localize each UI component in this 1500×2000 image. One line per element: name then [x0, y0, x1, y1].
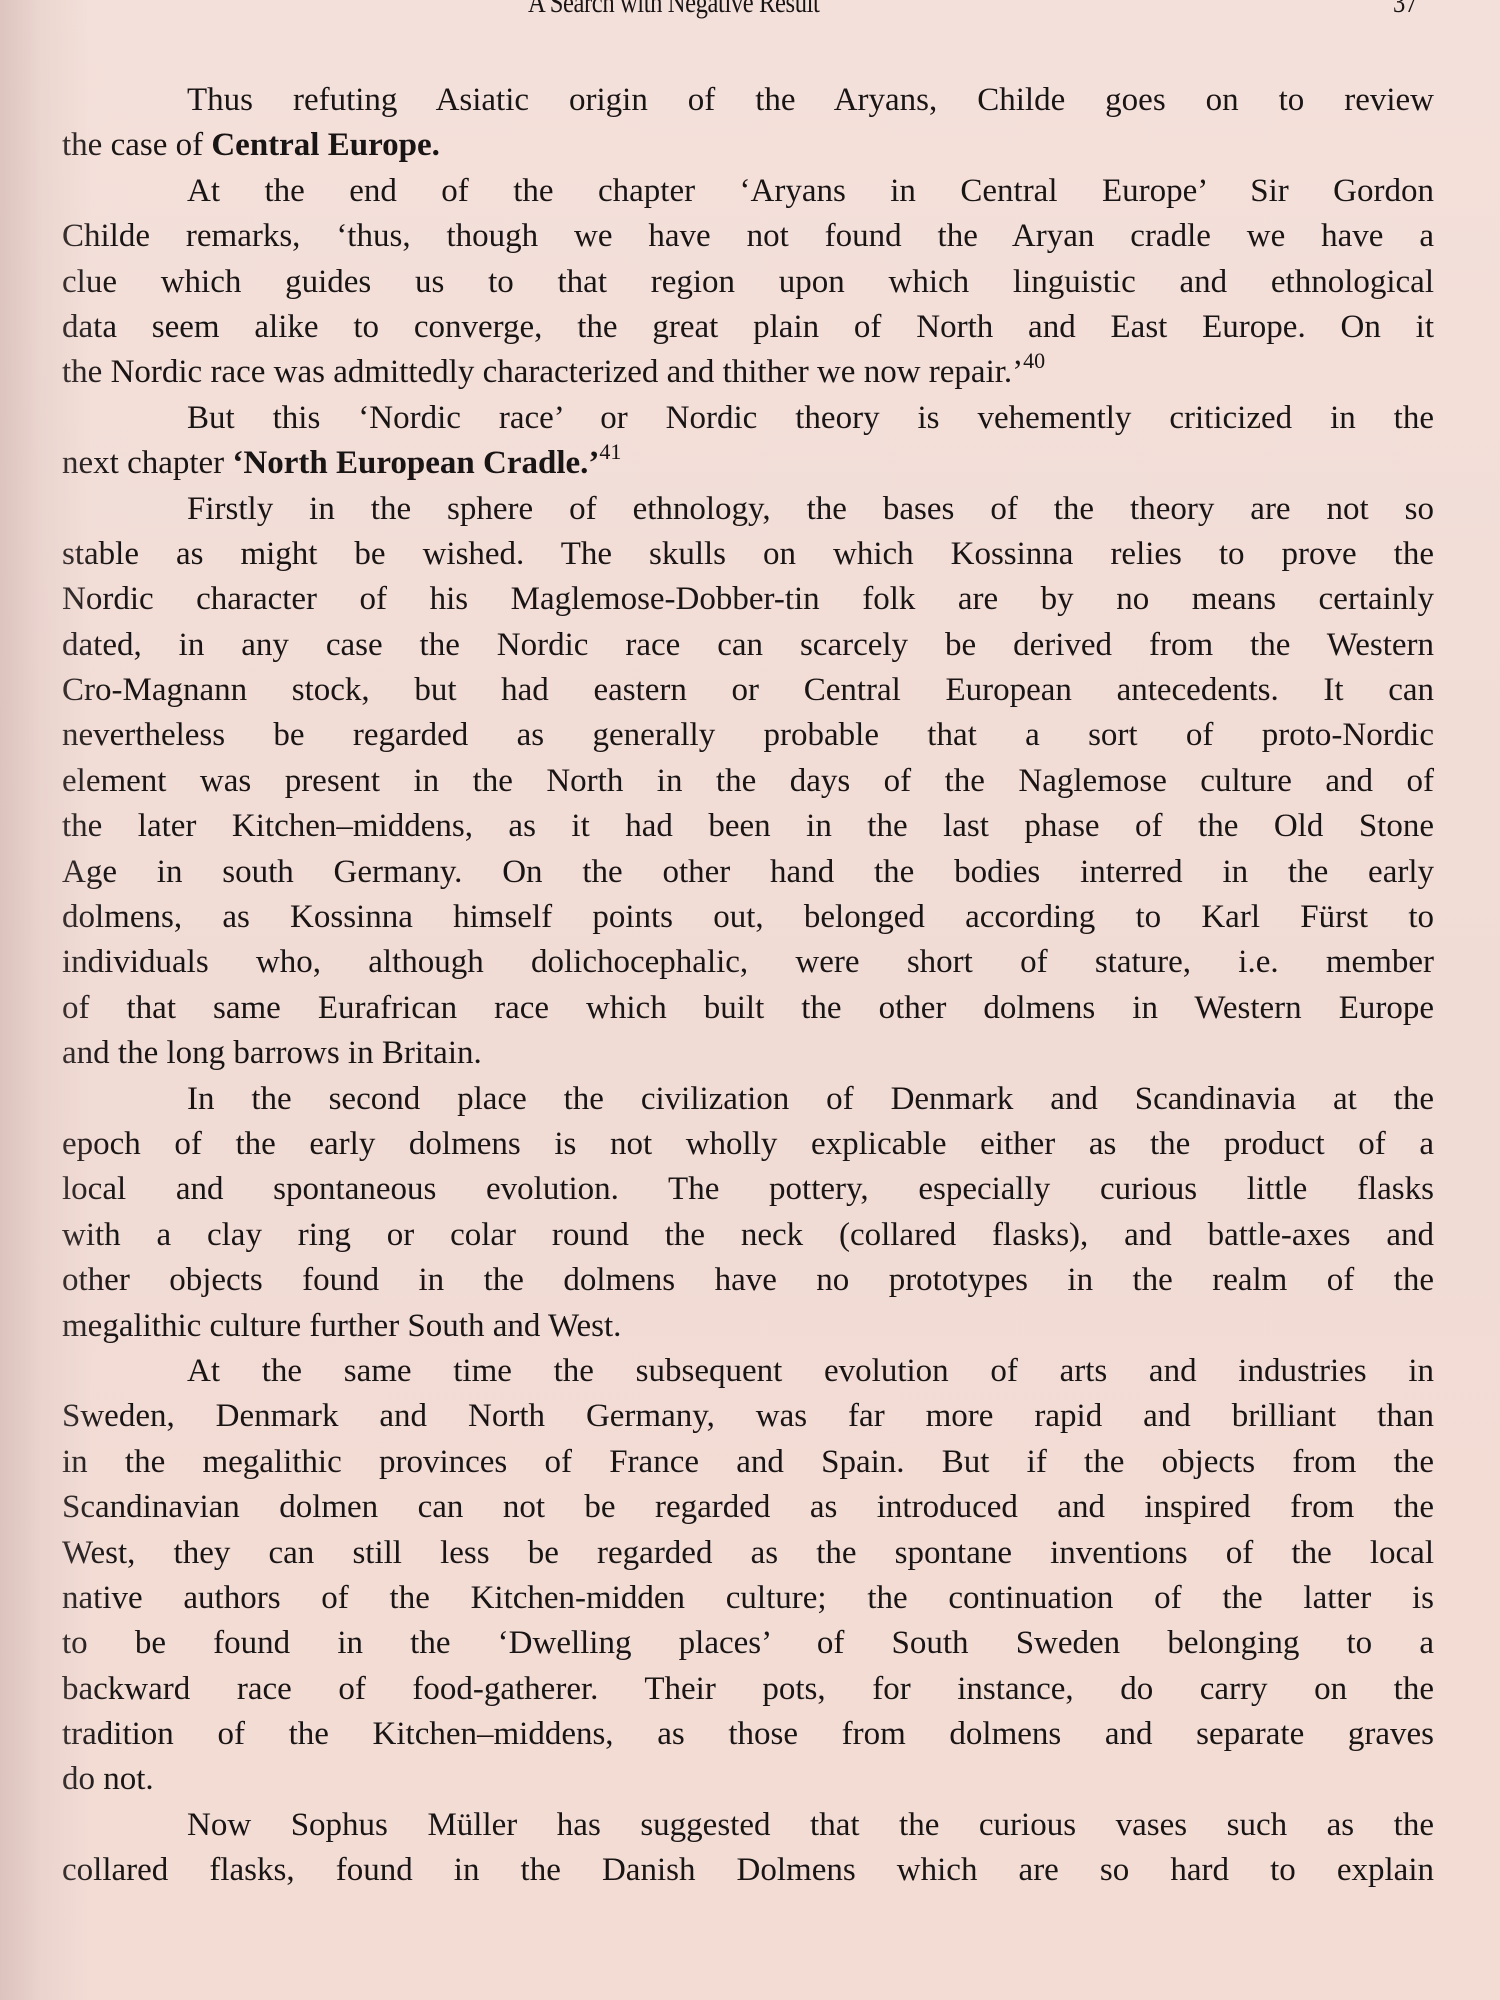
text-line: dolmens, as Kossinna himself points out,…: [62, 895, 1434, 940]
text-line: native authors of the Kitchen-midden cul…: [62, 1576, 1434, 1621]
text-line: Childe remarks, ‘thus, though we have no…: [62, 214, 1434, 259]
page-number: 37: [1393, 0, 1418, 20]
body-text: Thus refuting Asiatic origin of the Arya…: [62, 78, 1434, 1894]
text-line: nevertheless be regarded as generally pr…: [62, 713, 1434, 758]
text-line: and the long barrows in Britain.: [62, 1031, 1434, 1076]
text-line: the Nordic race was admittedly character…: [62, 350, 1434, 395]
text-line: dated, in any case the Nordic race can s…: [62, 623, 1434, 668]
bold-term: Central Europe.: [211, 127, 440, 163]
running-head: A Search with Negative Result 37: [0, 0, 1500, 16]
text-line: tradition of the Kitchen–middens, as tho…: [62, 1712, 1434, 1757]
text-line: data seem alike to converge, the great p…: [62, 305, 1434, 350]
text-line: Now Sophus Müller has suggested that the…: [62, 1803, 1434, 1848]
text-line: individuals who, although dolichocephali…: [62, 940, 1434, 985]
text-line: Sweden, Denmark and North Germany, was f…: [62, 1394, 1434, 1439]
text-line: to be found in the ‘Dwelling places’ of …: [62, 1621, 1434, 1666]
text-line: backward race of food-gatherer. Their po…: [62, 1667, 1434, 1712]
text-line: with a clay ring or colar round the neck…: [62, 1213, 1434, 1258]
text-line: stable as might be wished. The skulls on…: [62, 532, 1434, 577]
book-page: A Search with Negative Result 37 Thus re…: [0, 0, 1500, 2000]
text-line: megalithic culture further South and Wes…: [62, 1304, 1434, 1349]
text-line: Firstly in the sphere of ethnology, the …: [62, 487, 1434, 532]
text-line: next chapter ‘North European Cradle.’41: [62, 441, 1434, 486]
text-line: in the megalithic provinces of France an…: [62, 1440, 1434, 1485]
text-line: local and spontaneous evolution. The pot…: [62, 1167, 1434, 1212]
text-line: other objects found in the dolmens have …: [62, 1258, 1434, 1303]
footnote-ref: 40: [1023, 348, 1045, 373]
text-line: West, they can still less be regarded as…: [62, 1531, 1434, 1576]
running-title: A Search with Negative Result: [528, 0, 819, 20]
footnote-ref: 41: [599, 439, 621, 464]
text-line: the later Kitchen–middens, as it had bee…: [62, 804, 1434, 849]
text-line: At the end of the chapter ‘Aryans in Cen…: [62, 169, 1434, 214]
text-line: But this ‘Nordic race’ or Nordic theory …: [62, 396, 1434, 441]
text-line: Cro-Magnann stock, but had eastern or Ce…: [62, 668, 1434, 713]
text-line: Age in south Germany. On the other hand …: [62, 850, 1434, 895]
text-line: the case of Central Europe.: [62, 123, 1434, 168]
text-line: In the second place the civilization of …: [62, 1077, 1434, 1122]
text-line: Thus refuting Asiatic origin of the Arya…: [62, 78, 1434, 123]
text-line: do not.: [62, 1757, 1434, 1802]
text-line: epoch of the early dolmens is not wholly…: [62, 1122, 1434, 1167]
text-line: element was present in the North in the …: [62, 759, 1434, 804]
bold-term: ‘North European Cradle.’: [232, 445, 599, 481]
text-line: clue which guides us to that region upon…: [62, 260, 1434, 305]
text-line: collared flasks, found in the Danish Dol…: [62, 1848, 1434, 1893]
text-line: Nordic character of his Maglemose-Dobber…: [62, 577, 1434, 622]
text-line: Scandinavian dolmen can not be regarded …: [62, 1485, 1434, 1530]
text-line: of that same Eurafrican race which built…: [62, 986, 1434, 1031]
text-line: At the same time the subsequent evolutio…: [62, 1349, 1434, 1394]
